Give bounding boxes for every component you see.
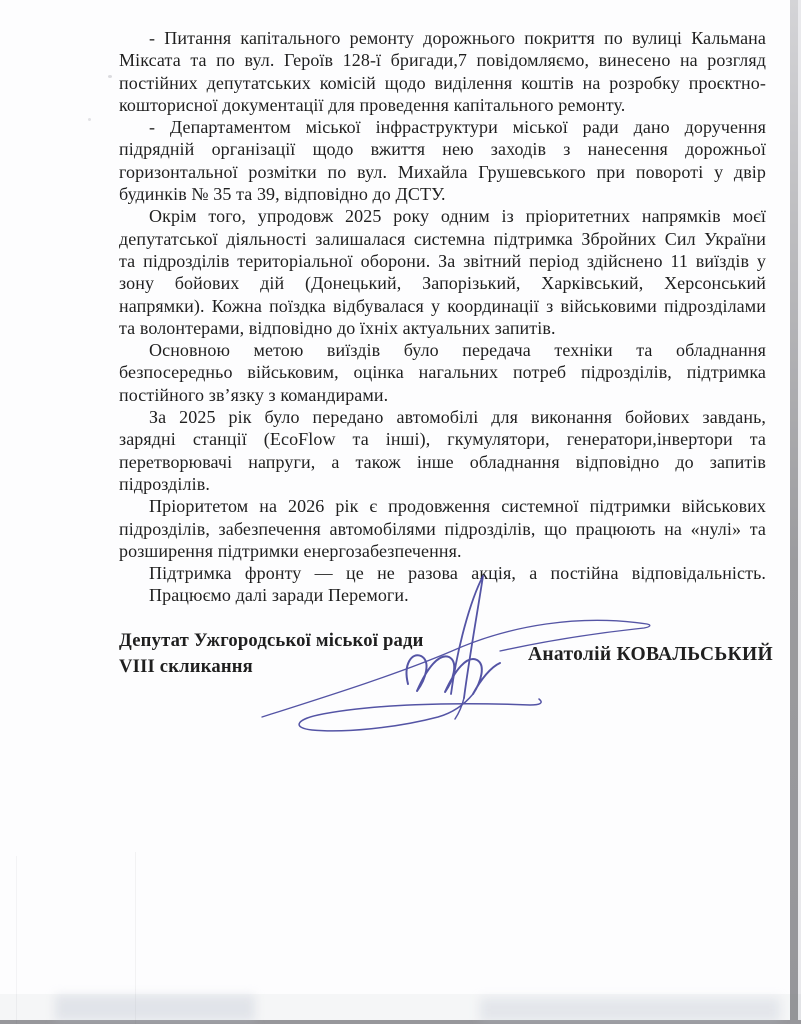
- text-line: підрядній організації щодо вжиття нею за…: [119, 138, 766, 160]
- text-line: кошторисної документації для проведення …: [119, 94, 766, 116]
- text-line: постійних депутатських комісій щодо виді…: [119, 72, 766, 94]
- scan-speck: [88, 118, 91, 121]
- text-line: перетворювачі напруги, а також інше обла…: [119, 451, 766, 473]
- scan-smudge: [480, 998, 780, 1022]
- text-line: підрозділів, забезпечення автомобілями п…: [119, 518, 766, 540]
- text-line: розширення підтримки енергозабезпечення.: [119, 540, 766, 562]
- scan-smudge: [55, 995, 255, 1021]
- text-line: За 2025 рік було передано автомобілі для…: [119, 406, 766, 428]
- text-line: підрозділів.: [119, 473, 766, 495]
- text-line: зону бойових дій (Донецький, Запорізький…: [119, 272, 766, 294]
- scan-speck: [108, 75, 112, 78]
- text-line: зарядні станції (EcoFlow та інші), гкуму…: [119, 428, 766, 450]
- scanned-document-page: - Питання капітального ремонту дорожньог…: [0, 0, 801, 1024]
- text-line: та підрозділів територіальної оборони. З…: [119, 250, 766, 272]
- handwritten-signature-ink: [248, 563, 720, 748]
- text-line: Міксата та по вул. Героїв 128-ї бригади,…: [119, 49, 766, 71]
- text-line: Пріоритетом на 2026 рік є продовження си…: [119, 495, 766, 517]
- text-line: безпосередньо військовим, оцінка нагальн…: [119, 361, 766, 383]
- text-line: депутатської діяльності залишалася систе…: [119, 228, 766, 250]
- document-body: - Питання капітального ремонту дорожньог…: [119, 27, 766, 607]
- text-line: будинків № 35 та 39, відповідно до ДСТУ.: [119, 183, 766, 205]
- text-line: Основною метою виїздів було передача тех…: [119, 339, 766, 361]
- text-line: та волонтерами, відповідно до їхніх акту…: [119, 317, 766, 339]
- text-line: - Питання капітального ремонту дорожньог…: [119, 27, 766, 49]
- scan-crease: [16, 856, 17, 1024]
- text-line: напрямки). Кожна поїздка відбувалася у к…: [119, 295, 766, 317]
- text-line: Окрім того, упродовж 2025 року одним із …: [119, 205, 766, 227]
- text-line: - Департаментом міської інфраструктури м…: [119, 116, 766, 138]
- signature-strokes: [262, 576, 650, 731]
- text-line: постійного зв’язку з командирами.: [119, 384, 766, 406]
- scan-page-edge-right: [790, 0, 798, 1024]
- text-line: горизонтальної розмітки по вул. Михайла …: [119, 161, 766, 183]
